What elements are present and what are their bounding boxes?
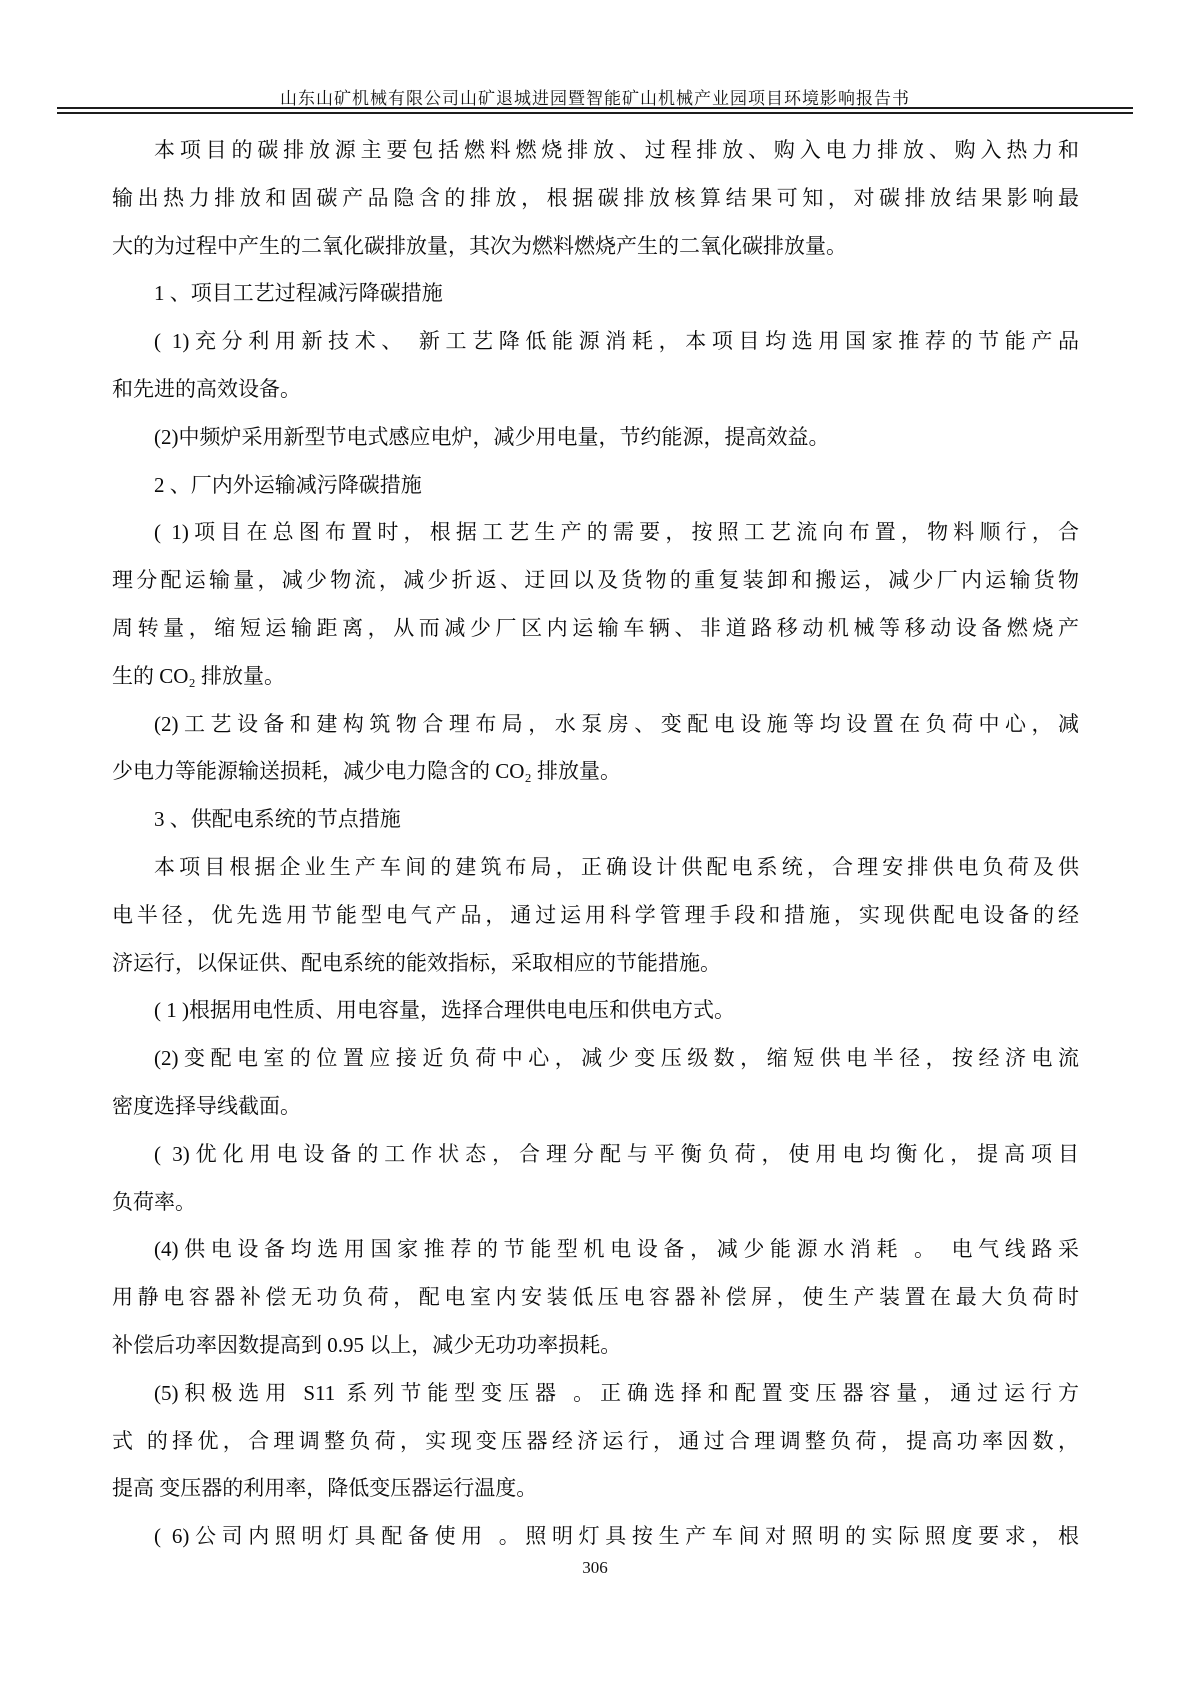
text-line: ( 1)充分利用新技术、 新工艺降低能源消耗，本项目均选用国家推荐的节能产品 [112,318,1079,366]
text-line: (2)变配电室的位置应接近负荷中心，减少变压级数，缩短供电半径，按经济电流 [112,1035,1079,1083]
text-line: 式 的择优，合理调整负荷，实现变压器经济运行，通过合理调整负荷，提高功率因数， [112,1418,1079,1466]
text-line: 本项目的碳排放源主要包括燃料燃烧排放、过程排放、购入电力排放、购入热力和 [112,127,1079,175]
text-line: 用静电容器补偿无功负荷，配电室内安装低压电容器补偿屏，使生产装置在最大负荷时 [112,1274,1079,1322]
text-line: 生的 CO₂ 排放量。 [112,653,1079,701]
text-line: ( 1 )根据用电性质、用电容量，选择合理供电电压和供电方式。 [112,987,1079,1035]
text-line: 济运行，以保证供、配电系统的能效指标，采取相应的节能措施。 [112,940,1079,988]
text-line: 电半径，优先选用节能型电气产品，通过运用科学管理手段和措施，实现供配电设备的经 [112,892,1079,940]
text-line: 3 、供配电系统的节点措施 [112,796,1079,844]
document-page: 山东山矿机械有限公司山矿退城进园暨智能矿山机械产业园项目环境影响报告书 本项目的… [0,0,1190,1683]
text-line: 和先进的高效设备。 [112,366,1079,414]
text-line: 理分配运输量，减少物流，减少折返、迂回以及货物的重复装卸和搬运，减少厂内运输货物 [112,557,1079,605]
text-line: ( 6)公司内照明灯具配备使用 。照明灯具按生产车间对照明的实际照度要求，根 [112,1513,1079,1561]
text-line: 1 、项目工艺过程减污降碳措施 [112,270,1079,318]
text-line: (4)供电设备均选用国家推荐的节能型机电设备，减少能源水消耗 。 电气线路采 [112,1226,1079,1274]
text-line: 补偿后功率因数提高到 0.95 以上，减少无功功率损耗。 [112,1322,1079,1370]
header-divider [57,107,1133,114]
text-line: 密度选择导线截面。 [112,1083,1079,1131]
text-line: (2)工艺设备和建构筑物合理布局，水泵房、变配电设施等均设置在负荷中心，减 [112,701,1079,749]
text-line: 少电力等能源输送损耗，减少电力隐含的 CO₂ 排放量。 [112,748,1079,796]
text-line: ( 3)优化用电设备的工作状态，合理分配与平衡负荷，使用电均衡化，提高项目 [112,1131,1079,1179]
text-line: 2 、厂内外运输减污降碳措施 [112,462,1079,510]
text-line: 提高 变压器的利用率，降低变压器运行温度。 [112,1465,1079,1513]
text-line: 本项目根据企业生产车间的建筑布局，正确设计供配电系统，合理安排供电负荷及供 [112,844,1079,892]
text-line: 大的为过程中产生的二氧化碳排放量，其次为燃料燃烧产生的二氧化碳排放量。 [112,223,1079,271]
text-line: 周转量，缩短运输距离，从而减少厂区内运输车辆、非道路移动机械等移动设备燃烧产 [112,605,1079,653]
text-line: 输出热力排放和固碳产品隐含的排放，根据碳排放核算结果可知，对碳排放结果影响最 [112,175,1079,223]
header-title: 山东山矿机械有限公司山矿退城进园暨智能矿山机械产业园项目环境影响报告书 [0,84,1190,109]
text-line: ( 1)项目在总图布置时，根据工艺生产的需要，按照工艺流向布置，物料顺行，合 [112,509,1079,557]
page-number: 306 [0,1558,1190,1578]
document-body: 本项目的碳排放源主要包括燃料燃烧排放、过程排放、购入电力排放、购入热力和输出热力… [112,127,1079,1561]
text-line: 负荷率。 [112,1179,1079,1227]
text-line: (5)积极选用 S11 系列节能型变压器 。正确选择和配置变压器容量，通过运行方 [112,1370,1079,1418]
text-line: (2)中频炉采用新型节电式感应电炉，减少用电量，节约能源，提高效益。 [112,414,1079,462]
